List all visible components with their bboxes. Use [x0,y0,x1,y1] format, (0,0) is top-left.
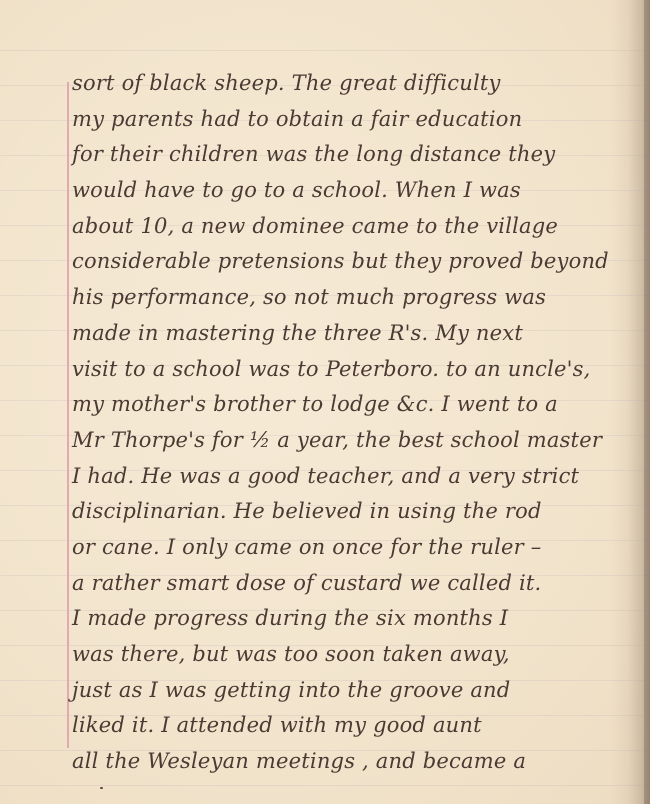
text-line-3: for their children was the long distance… [72,137,632,173]
text-line-1: sort of black sheep. The great difficult… [72,66,632,102]
handwritten-text-block: sort of black sheep. The great difficult… [72,66,632,780]
margin-rule [67,82,69,748]
text-line-10: my mother's brother to lodge &c. I went … [72,387,632,423]
text-line-13: disciplinarian. He believed in using the… [72,494,632,530]
text-line-17: was there, but was too soon taken away, [72,637,632,673]
text-line-6: considerable pretensions but they proved… [72,244,632,280]
manuscript-page: sort of black sheep. The great difficult… [0,0,650,804]
text-line-19: liked it. I attended with my good aunt [72,708,632,744]
text-line-16: I made progress during the six months I [72,601,632,637]
text-line-18: just as I was getting into the groove an… [72,673,632,709]
text-line-11: Mr Thorpe's for ½ a year, the best schoo… [72,423,632,459]
text-line-2: my parents had to obtain a fair educatio… [72,102,632,138]
text-line-14: or cane. I only came on once for the rul… [72,530,632,566]
text-line-5: about 10, a new dominee came to the vill… [72,209,632,245]
text-line-12: I had. He was a good teacher, and a very… [72,459,632,495]
text-line-20: all the Wesleyan meetings , and became a [72,744,632,780]
ink-speck [100,787,103,789]
text-line-8: made in mastering the three R's. My next [72,316,632,352]
text-line-15: a rather smart dose of custard we called… [72,566,632,602]
text-line-7: his performance, so not much progress wa… [72,280,632,316]
page-spine-shadow [644,0,650,804]
text-line-4: would have to go to a school. When I was [72,173,632,209]
text-line-9: visit to a school was to Peterboro. to a… [72,352,632,388]
